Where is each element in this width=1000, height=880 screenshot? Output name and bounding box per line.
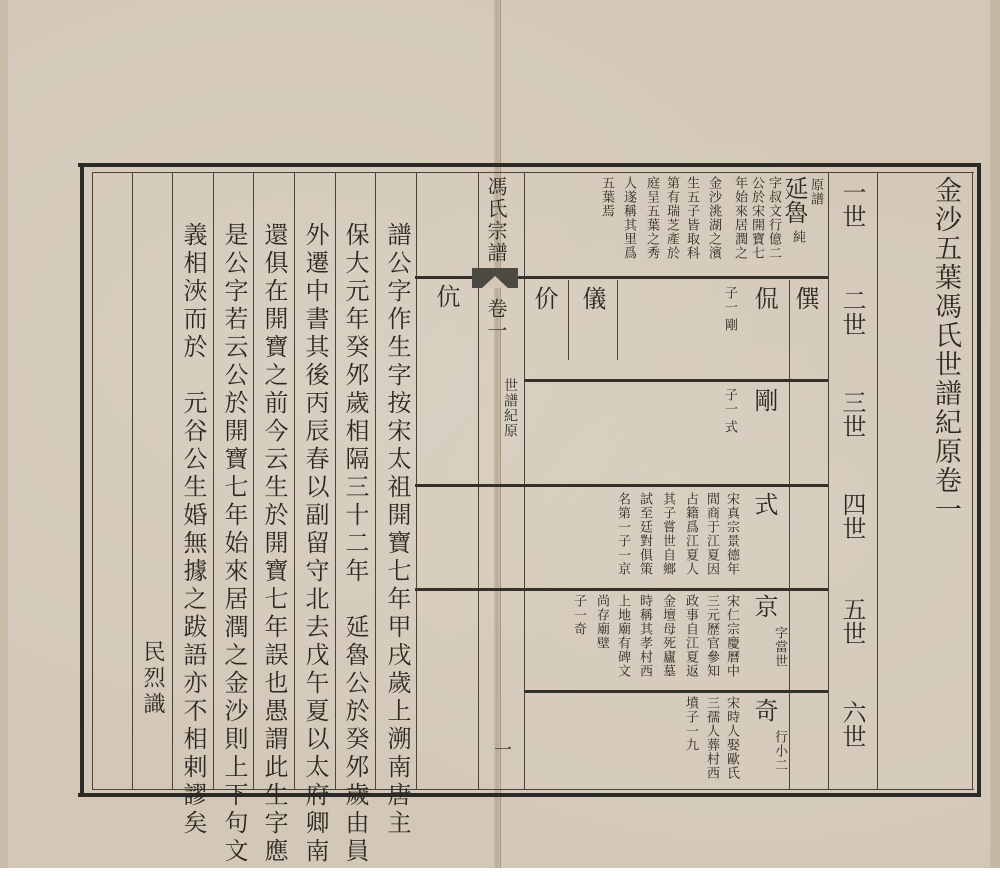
- generation-band-3: [415, 484, 828, 487]
- generation-label-6: 六世: [840, 700, 864, 748]
- biography-line: 字叔文行億二: [766, 176, 781, 260]
- biography-line: 其子嘗世自鄉: [660, 492, 675, 576]
- column-rule: [375, 172, 376, 790]
- generation-label-3: 三世: [840, 390, 864, 438]
- frame-right-inner-border: [972, 172, 973, 790]
- person-name-qi: 奇: [752, 698, 776, 722]
- frame-bottom-border: [78, 793, 981, 797]
- commentary-column-1: 譜公字作生字按宋太祖開寶七年甲戌歲上溯南唐主: [385, 222, 409, 838]
- person-name-kang: 伉: [434, 284, 458, 308]
- biography-line: 生五子皆取科: [684, 176, 699, 260]
- biography-line: 第有瑞芝產於: [664, 176, 679, 260]
- biography-line: 庭呈五葉之秀: [644, 176, 659, 260]
- biography-line: 公於宋開寶七: [749, 176, 764, 260]
- biography-line: 名第一子一京: [615, 492, 630, 576]
- commentary-column-5: 是公字若云公於開寶七年始來居潤之金沙則上下句文: [222, 222, 246, 866]
- person-name-shi: 式: [752, 492, 776, 516]
- frame-left-border: [80, 163, 84, 797]
- biography-line: 金壇母死廬墓: [660, 594, 675, 678]
- column-rule: [617, 280, 618, 360]
- fishtail-mark: [472, 268, 518, 288]
- biography-line: 時稱其孝村西: [637, 594, 652, 678]
- person-name-yi: 儀: [580, 286, 604, 310]
- courtesy-name-note: 字當世: [772, 626, 787, 668]
- frame-right-border: [977, 163, 981, 797]
- biography-line: 試至廷對俱策: [637, 492, 652, 576]
- frame-left-inner-border: [92, 172, 93, 790]
- column-rule: [335, 172, 336, 790]
- commentary-signature: 民烈識: [141, 640, 163, 718]
- right-page-edge: [990, 0, 1000, 868]
- column-rule: [172, 172, 173, 790]
- person-name-jie: 价: [532, 286, 556, 310]
- document-title: 金沙五葉馮氏世譜紀原卷一: [932, 176, 959, 524]
- child-count-note: 子一: [722, 388, 737, 416]
- generation-label-2: 二世: [840, 288, 864, 336]
- child-name-note: 式: [722, 420, 737, 434]
- book-spread: 金沙五葉馮氏世譜紀原卷一 一世 二世 三世 四世 五世 六世 原譜 延魯 純 字…: [0, 0, 1000, 868]
- person-alias: 純: [790, 230, 805, 244]
- generation-label-5: 五世: [840, 597, 864, 645]
- biography-line: 占籍爲江夏人: [683, 492, 698, 576]
- person-name-yanlu: 延魯: [782, 176, 806, 224]
- biography-line: 三元歷官參知: [704, 594, 719, 678]
- column-rule: [568, 280, 569, 360]
- commentary-column-6: 義相浹而於 元谷公生婚無據之跋語亦不相剌謬矣: [181, 222, 205, 838]
- person-name-zhuan: 僎: [793, 286, 817, 310]
- column-rule: [416, 172, 417, 790]
- biography-line: 政事自江夏返: [683, 594, 698, 678]
- left-page-edge: [0, 0, 8, 868]
- child-name-note: 子一奇: [571, 594, 586, 636]
- original-record-note: 原譜: [808, 178, 823, 206]
- generation-label-1: 一世: [840, 180, 864, 228]
- spine-volume: 卷一: [486, 298, 506, 342]
- generation-band-4: [415, 588, 828, 591]
- spine-rule-right: [524, 172, 525, 790]
- spine-book-title: 馮氏宗譜: [486, 176, 506, 264]
- spine-section-title: 世譜紀原: [502, 378, 518, 438]
- biography-line: 墳子一九: [683, 696, 698, 752]
- column-rule: [132, 172, 133, 790]
- column-rule: [213, 172, 214, 790]
- child-name-note: 剛: [722, 318, 737, 332]
- generation-band-2: [524, 379, 828, 382]
- column-rule: [789, 280, 790, 790]
- biography-line: 人遂稱其里爲: [621, 176, 636, 260]
- biography-line: 宋真宗景德年: [724, 492, 739, 576]
- biography-line: 金沙洮湖之濱: [706, 176, 721, 260]
- column-rule: [294, 172, 295, 790]
- biography-line: 宋時人娶歐氏: [724, 696, 739, 780]
- generation-label-4: 四世: [840, 492, 864, 540]
- biography-line: 宋仁宗慶曆中: [724, 594, 739, 678]
- biography-line: 上地廟有碑文: [615, 594, 630, 678]
- person-name-gang: 剛: [752, 388, 776, 412]
- person-name-jing: 京: [752, 594, 776, 618]
- child-count-note: 子一: [722, 286, 737, 314]
- biography-line: 間商于江夏因: [704, 492, 719, 576]
- column-rule: [828, 172, 829, 790]
- rank-note: 行小二: [772, 730, 787, 772]
- biography-line: 年始來居潤之: [732, 176, 747, 260]
- biography-line: 三孺人葬村西: [704, 696, 719, 780]
- frame-top-border: [78, 163, 981, 167]
- biography-line: 五葉焉: [599, 176, 614, 218]
- column-rule: [877, 172, 878, 790]
- commentary-column-4: 還俱在開寶之前今云生於開寶七年誤也愚謂此生字應: [262, 222, 286, 866]
- page-number: 一: [492, 740, 510, 758]
- biography-line: 尚存廟壁: [594, 594, 609, 650]
- spine-rule-left: [478, 172, 479, 790]
- frame-top-inner-border: [92, 172, 974, 173]
- generation-band-5: [524, 690, 828, 693]
- column-rule: [253, 172, 254, 790]
- person-name-kan: 侃: [752, 286, 776, 310]
- center-fold-line: [500, 0, 501, 868]
- commentary-column-2: 保大元年癸邜歲相隔三十二年 延魯公於癸邜歲由員: [343, 222, 367, 866]
- commentary-column-3: 外遷中書其後丙辰春以副留守北去戊午夏以太府卿南: [303, 222, 327, 866]
